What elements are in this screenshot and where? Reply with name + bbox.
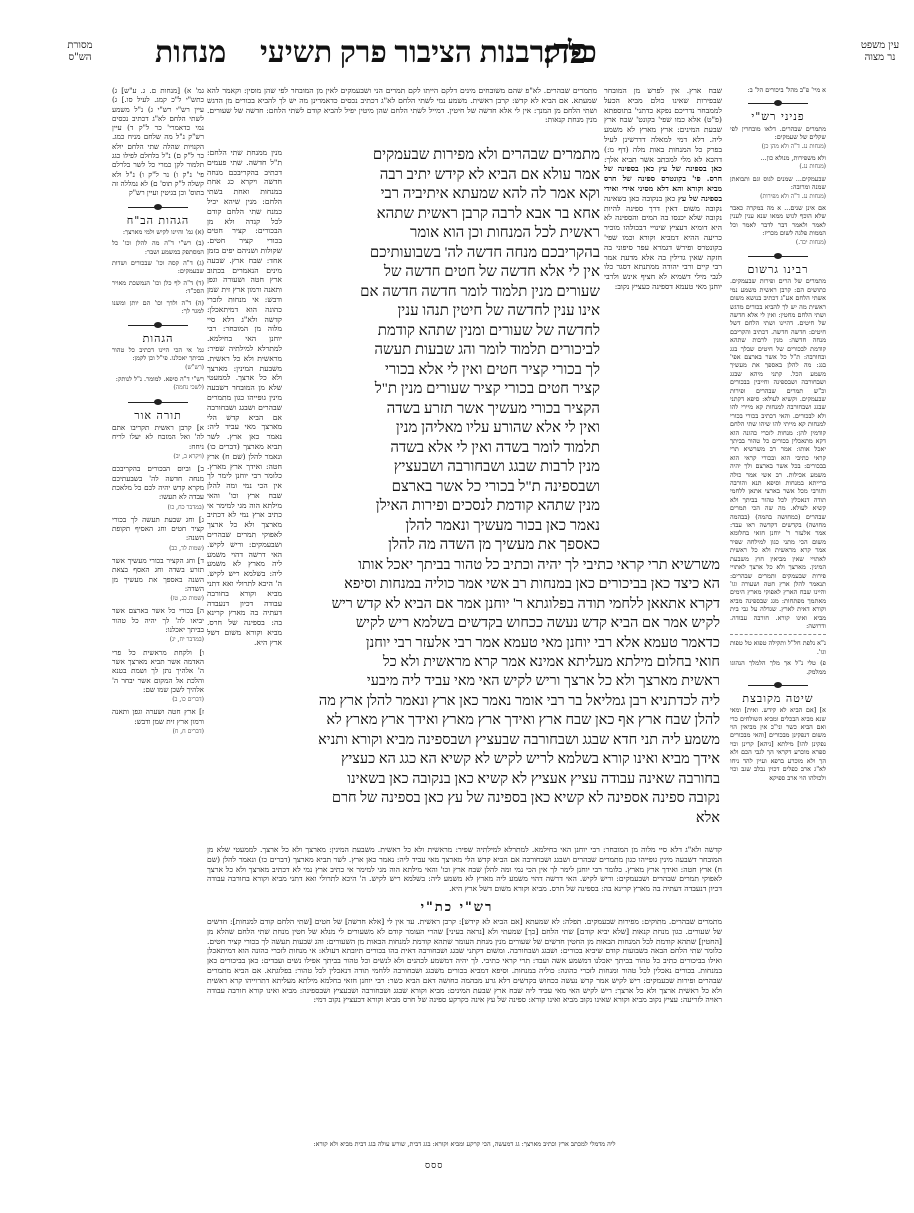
gemara-line: ושבספינה ת"ל בכורי כל אשר בארצם xyxy=(290,478,600,498)
gemara-main-text: מתמרים שבהרים ולא מפירות שבעמקים אמר עול… xyxy=(290,146,600,566)
gemara-line: אמר עולא אם הביא לא קידש יתיב רבה xyxy=(290,166,600,186)
gemara-line: ואין לי אלא שהורע עליו מאליהן מנין xyxy=(290,419,600,439)
gemara-line: נאמר כאן בכור מעשיך ונאמר להלן xyxy=(290,517,600,537)
rashi-ktav-yad-text: מתמרים שבהרים. מתוקים: מפירות שבעמקים. ת… xyxy=(207,917,722,1139)
gemara-line: כדאמר טעמא אלא רבי יוחנן מאי טעמא אמר רב… xyxy=(290,634,720,653)
tosafot-commentary: שבח ארץ. אין לפרש מן המובחר שבפירות שאינ… xyxy=(604,86,722,554)
pnei-rashi-item: שבעמקים... שמנים לגוס וגם ותבואתן שמנה ו… xyxy=(730,175,826,201)
gemara-line: לך בכורי קציר חטים ואין לי אלא בכורי xyxy=(290,361,600,381)
torah-or-item: ד] וחג הקציר בכורי מעשיך אשר תזרע בשדה ו… xyxy=(112,556,204,603)
hagahot-habach-title: הגהות הב"ח xyxy=(112,216,204,225)
pnei-rashi-item: ולא משפירות, מנולא כון...(מנחות נג.) xyxy=(730,154,826,172)
gemara-line: אין לי אלא חדשה של חטים חדשה של xyxy=(290,263,600,283)
ornament-divider xyxy=(128,204,188,210)
gemara-line: אידך מביא ואינו קורא בשלמא לריש לקיש לא … xyxy=(290,750,720,769)
gemara-line: מנין שתהא קודמת לנסכים ופירות האילן xyxy=(290,497,600,517)
hagahot-habach-item: (ה) ד"ה ולדך וכו' הם יותן ומשנו למגר לך: xyxy=(112,299,204,316)
gemara-line: וקא אמר לה להא שמעתא איתיביה רבי xyxy=(290,185,600,205)
gemara-line: משרשיא תרי קראי כתיבי לך יהיה וכתיב כל ט… xyxy=(290,556,720,575)
gemara-line: לקיש אמר אם הביא קדש נעשה ככחוש בקדשים ב… xyxy=(290,614,720,633)
hagahot-habach-item: (ג) ד"ה קסה וכו' שבכורים ושדות שבעמקים: xyxy=(112,259,204,276)
gemara-line: כאספך את מעשיך מן השדה מה להלן xyxy=(290,536,600,556)
torah-or-item: ה] בכורי כל אשר בארצם אשר יביאו לה' לך י… xyxy=(112,606,204,644)
rabbenu-gershom-text: מתמרים של הרים ופירות שבעמקים. כתושים הם… xyxy=(730,277,826,630)
gemara-line: חואי בחלום מילתא מעליתא אמינא אמר קרא מר… xyxy=(290,653,720,672)
gemara-line: דקרא אתאאן ללחמי תודה בפלוגתא ר' יוחנן א… xyxy=(290,595,720,614)
gemara-line: אלא xyxy=(290,809,720,828)
hagahot-item: גמ' אי הכי היינו דכתיב כל טהור בביתך יאכ… xyxy=(112,346,204,372)
ornament-divider xyxy=(748,100,808,106)
masoret-hashas-text: גמ' א) [מנחות ם. ג. ע"ש] ג) כתש"י ל"כ קמ… xyxy=(112,86,204,198)
gemara-line: ראשית לכל המנחות וכן הוא אומר xyxy=(290,224,600,244)
gemara-line: מנין לרבות שבגג ושבחורבה ושבעציץ xyxy=(290,458,600,478)
gemara-line: שעורים מנין תלמוד לומר חדשה חדשה אם xyxy=(290,283,600,303)
shita-mekubetzet-title: שיטה מקובצת xyxy=(730,694,826,703)
pnei-rashi-item: אם אינן שנים... א מה במקרה כאבר שלא הוכף… xyxy=(730,204,826,247)
gemara-line: מתמרים שבהרים ולא מפירות שבעמקים xyxy=(290,146,600,166)
ornament-divider xyxy=(748,253,808,259)
pnei-rashi-title: פניני רש"י xyxy=(730,112,826,121)
torah-or-item: ו] ולקחת מראשית כל פרי האדמה אשר תביא מא… xyxy=(112,648,204,705)
gemara-line: קציר חטים בכורי קציר שעורים מנין ת"ל xyxy=(290,380,600,400)
gemara-line: תלמוד לומר בשדה ואין לי אלא בשדה xyxy=(290,439,600,459)
folio-number: פד: xyxy=(542,34,588,72)
rashi-commentary: מתמרים שבהרים. לא"פ שהם משובחים מינים דל… xyxy=(207,86,597,146)
page-number: ססס xyxy=(425,1160,443,1171)
gemara-line: להלן שבח ארץ אף כאן שבח ארץ ואידך ארץ מא… xyxy=(290,711,720,730)
rashi-ktav-yad-last-line: ליה מדמלי למכתב ארץ וכתיב מארצך: גג דמעש… xyxy=(207,1140,722,1152)
ein-mishpat-text: א מיי' פ"ב מהל' ביכורים הל' ב: xyxy=(730,86,826,94)
gemara-line: אינו ענין לחדשה של חיטין תנהו ענין xyxy=(290,302,600,322)
torah-or-item: ב] וביום הבכורים בהקריבכם מנחה חדשה לה' … xyxy=(112,464,204,511)
gershom-note: פ) טלי נ"ל אך מלך הלמלך הנהוגו ממלמק. xyxy=(730,659,826,676)
gemara-line: הקציר בכורי מעשיך אשר תזרע בשדה xyxy=(290,400,600,420)
divider-line xyxy=(730,634,826,635)
gemara-line: בחורבה שאינה עבודה עציץ אעציץ לא קשיא כא… xyxy=(290,770,720,789)
hagahot-habach-item: (ב) רש"י ד"ה מה להלן וכו' כל המסתפק במשמ… xyxy=(112,239,204,256)
gemara-line: הא כיצד כאן בביכורים כאן במנחות רב אשי א… xyxy=(290,575,720,594)
ornament-divider xyxy=(748,682,808,688)
gemara-line: לביכורים תלמוד לומר והג שבעות תעשה xyxy=(290,341,600,361)
torah-or-item: ז] ארץ חטה ושערה וגפן ותאנה ורמון ארץ זי… xyxy=(112,707,204,736)
gemara-line: נקובה ספינה אספינה לא קשיא כאן בספינה של… xyxy=(290,789,720,808)
ein-mishpat-label: עין משפט נר מצוה xyxy=(850,40,910,64)
hagahot-habach-item: (ד) ד"ה לף כלן וכו' הנמשכת מאויר הסכ"ד: xyxy=(112,279,204,296)
right-margin: א מיי' פ"ב מהל' ביכורים הל' ב: פניני רש"… xyxy=(730,86,826,1156)
hagahot-habach-item: (א) גמ' והיינו לקיש ולמי מארצך: xyxy=(112,228,204,236)
lower-commentary: קדשה ולא"ג דלא סיי מלוה מן המובחר: רבי י… xyxy=(207,845,722,897)
masoret-hashas-label: מסורת הש"ס xyxy=(50,40,110,64)
left-margin: גמ' א) [מנחות ם. ג. ע"ש] ג) כתש"י ל"כ קמ… xyxy=(112,86,204,1146)
ornament-divider xyxy=(128,399,188,405)
hagahot-title: הגהות xyxy=(112,334,204,343)
torah-or-item: ג] וחג שבעת תעשה לך בכורי קציר חטים וחג … xyxy=(112,515,204,553)
gemara-line: משמע ליה תני חדא שבגג ושבחורבה שבעציץ וש… xyxy=(290,731,720,750)
gemara-line: לחדשה של שעורים ומנין שתהא קודמת xyxy=(290,322,600,342)
gemara-main-text-wide: משרשיא תרי קראי כתיבי לך יהיה וכתיב כל ט… xyxy=(290,556,720,776)
page-header: מסורת הש"ס מנחות כל קרבנות הציבור פרק תש… xyxy=(0,36,914,80)
hagahot-item: רש"י ד"ה סיפא. למומר. נ"ל לנותק:(לשכי נח… xyxy=(112,375,204,393)
gemara-line: אחא בר אבא לרבה קרבן ראשית שתהא xyxy=(290,205,600,225)
gemara-line: ליה לכדתניא רבן גמליאל בר רבי אומר נאמר … xyxy=(290,692,720,711)
rabbenu-gershom-title: רבינו גרשום xyxy=(730,265,826,274)
gemara-main-text-end: בחורבה שאינה עבודה עציץ אעציץ לא קשיא כא… xyxy=(290,770,720,840)
tractate-title: מנחות xyxy=(155,36,226,70)
gemara-line: ראשית מארצך ולא כל ארצך וריש לקיש האי מא… xyxy=(290,672,720,691)
shita-mekubetzet-text: א] [אם הביא לא קידש. ואית] ומאי שנא מביא… xyxy=(730,706,826,782)
pnei-rashi-item: מתמרים שבהרים. דלאו מובחרין לפי שקלים של… xyxy=(730,125,826,151)
rashi-commentary-column: מנין ממנחת שתי הלחם: ת"ל חדשה. שתי פעמים… xyxy=(207,148,282,754)
gershom-note: נ"א נלפת חל"ל ותקילה טפוא טל טפות וגו'. xyxy=(730,639,826,656)
gemara-line: בהקריבכם מנחה חדשה לה' בשבועותיכם xyxy=(290,244,600,264)
ornament-divider xyxy=(128,322,188,328)
torah-or-title: תורה אור xyxy=(112,411,204,420)
torah-or-item: א] קרבן ראשית תקריבו אתם לה' ואל המזבח ל… xyxy=(112,423,204,461)
